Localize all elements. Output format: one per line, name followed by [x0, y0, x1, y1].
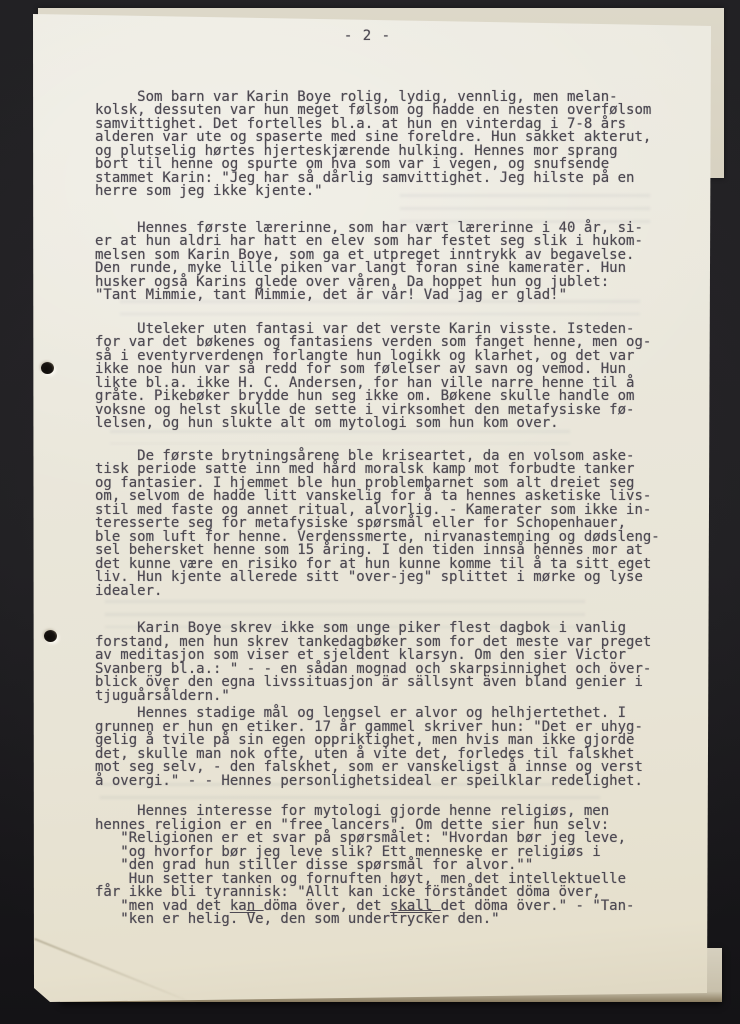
paragraph-container: Som barn var Karin Boye rolig, lydig, ve… — [95, 91, 665, 927]
page-number: - 2 - — [95, 30, 640, 44]
paragraph-6: Hennes stadige mål og lengsel er alvor o… — [95, 707, 665, 788]
paragraph-3: Uteleker uten fantasi var det verste Kar… — [95, 323, 665, 431]
paragraph-2: Hennes første lærerinne, som har vært læ… — [95, 222, 665, 303]
paragraph-5: Karin Boye skrev ikke som unge piker fle… — [95, 622, 665, 703]
paragraph-1: Som barn var Karin Boye rolig, lydig, ve… — [95, 91, 665, 199]
paragraph-4: De første brytningsårene ble kriseartet,… — [95, 450, 665, 599]
scanned-document-view: - 2 - Som barn var Karin Boye rolig, lyd… — [0, 0, 740, 1024]
punch-hole-bottom — [44, 630, 57, 642]
paragraph-7: Hennes interesse for mytologi gjorde hen… — [95, 805, 665, 927]
punch-hole-top — [41, 362, 54, 374]
typewritten-text: - 2 - Som barn var Karin Boye rolig, lyd… — [95, 30, 665, 927]
